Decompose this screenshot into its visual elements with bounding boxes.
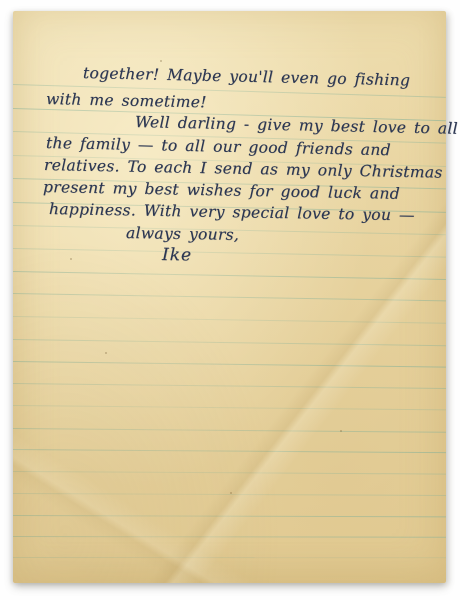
handwriting-line-4: the family — to all our good friends and: [46, 134, 391, 159]
letter-paper: together! Maybe you'll even go fishing w…: [13, 11, 446, 583]
handwriting-line-1: together! Maybe you'll even go fishing: [83, 64, 411, 89]
handwriting-line-3: Well darling - give my best love to all: [135, 113, 458, 138]
closing-line: always yours,: [126, 224, 239, 244]
signature-line: Ike: [162, 245, 192, 265]
photo-canvas: together! Maybe you'll even go fishing w…: [0, 0, 460, 600]
handwriting-line-7: happiness. With very special love to you…: [49, 200, 415, 224]
handwriting-layer: together! Maybe you'll even go fishing w…: [13, 11, 446, 583]
handwriting-line-6: present my best wishes for good luck and: [43, 178, 400, 203]
handwriting-line-5: relatives. To each I send as my only Chr…: [44, 156, 443, 182]
handwriting-line-2: with me sometime!: [46, 90, 207, 111]
